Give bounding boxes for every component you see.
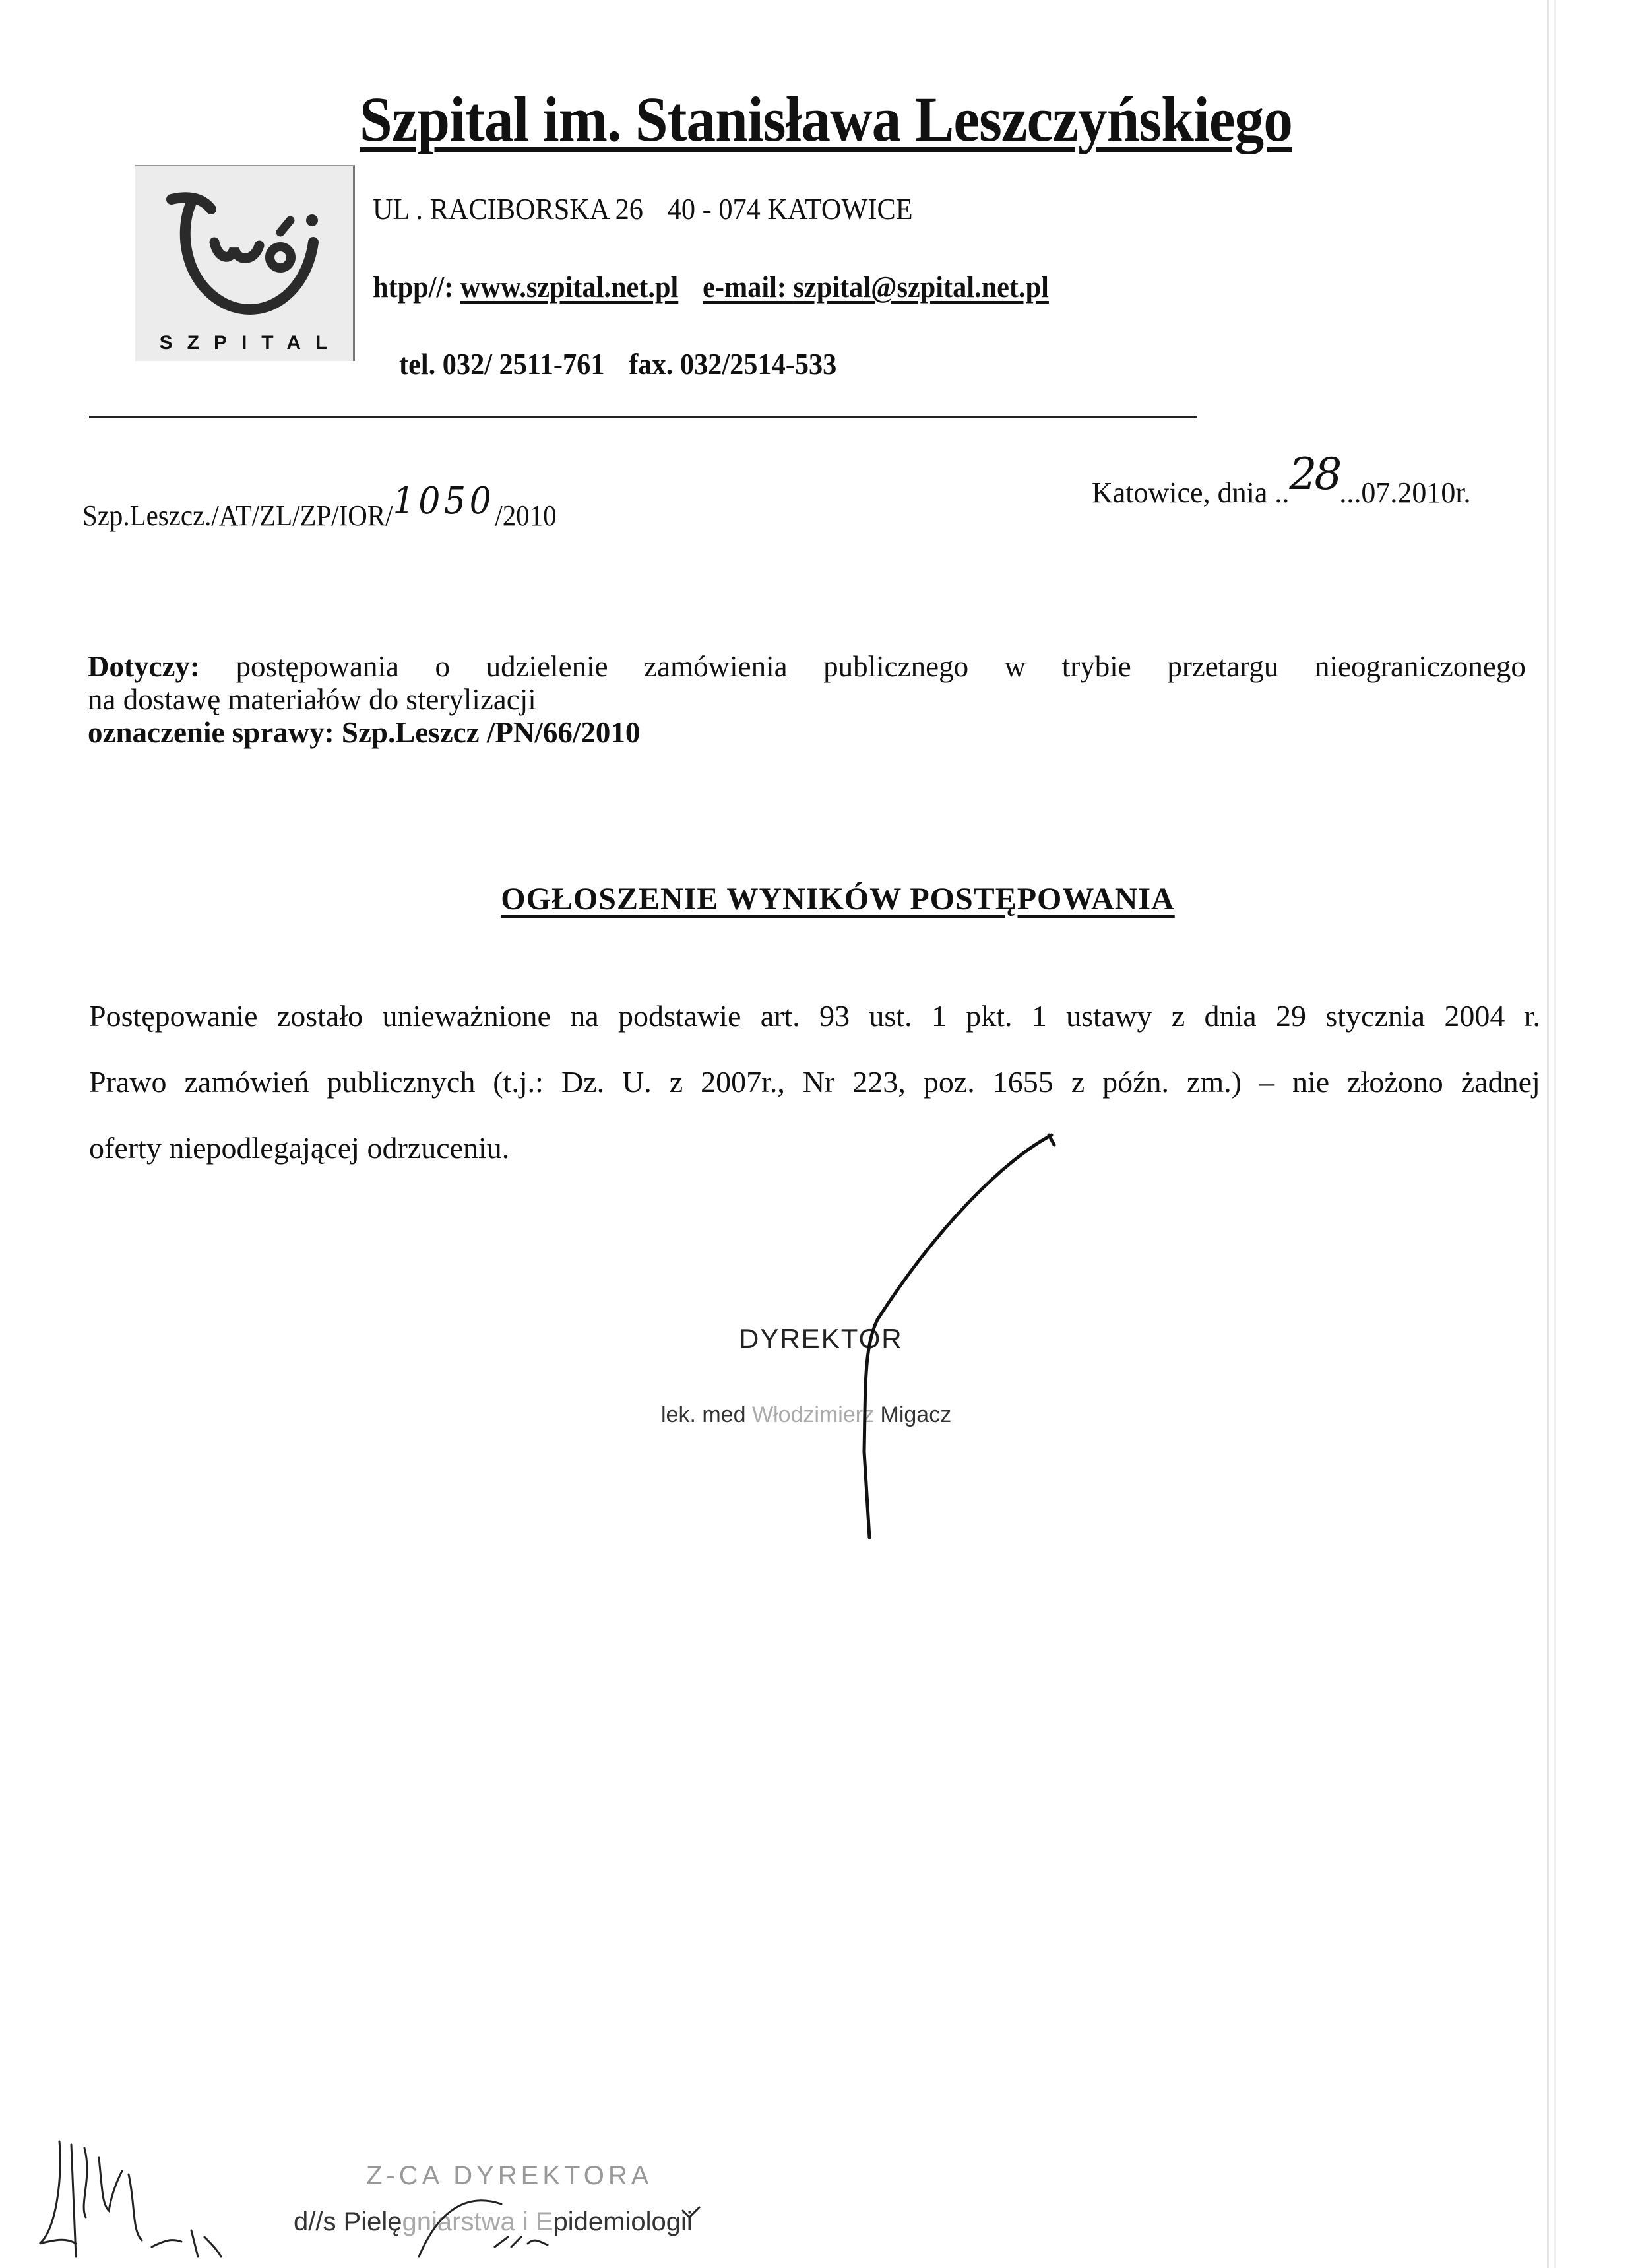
case-number: Szp.Leszcz /PN/66/2010 bbox=[342, 716, 640, 749]
body-word: ust. bbox=[869, 983, 912, 1049]
hospital-logo: SZPITAL bbox=[135, 165, 355, 361]
scan-edge-line bbox=[1554, 0, 1556, 2268]
body-word: pkt. bbox=[966, 983, 1012, 1049]
body-word: 223, bbox=[852, 1049, 906, 1115]
subject-word: o bbox=[435, 650, 451, 683]
body-word: dnia bbox=[1205, 983, 1257, 1049]
body-line-2: Prawozamówieńpublicznych (t.j.:Dz.U.z200… bbox=[89, 1049, 1540, 1115]
date-dots: ... bbox=[1339, 476, 1361, 509]
body-word: Dz. bbox=[561, 1049, 604, 1115]
letterhead-divider bbox=[89, 416, 1197, 418]
body-line-1: Postępowaniezostałounieważnionenapodstaw… bbox=[89, 983, 1540, 1049]
body-word: 2004 bbox=[1444, 983, 1505, 1049]
body-word: Prawo bbox=[89, 1049, 167, 1115]
web-label: htpp//: bbox=[373, 270, 453, 304]
hospital-name: Szpital im. Stanisława Leszczyńskiego bbox=[360, 82, 1292, 156]
body-word: 1 bbox=[931, 983, 947, 1049]
deputy-signatures-icon bbox=[40, 2141, 699, 2257]
director-stamp-name: lek. med Włodzimierz Migacz bbox=[661, 1402, 951, 1428]
deputy-sub-faded: gniarstwa i E bbox=[402, 2207, 553, 2236]
body-word: (t.j.: bbox=[493, 1049, 544, 1115]
telephone: tel. 032/ 2511-761 bbox=[399, 347, 604, 381]
body-word: żadnej bbox=[1461, 1049, 1540, 1115]
body-word: poz. bbox=[924, 1049, 975, 1115]
body-word: stycznia bbox=[1325, 983, 1425, 1049]
date-dots: .. bbox=[1274, 476, 1289, 509]
subject-word: przetargu bbox=[1167, 650, 1278, 683]
deputy-stamp-subtitle: d//s Pielęgniarstwa i Epidemiologii bbox=[294, 2207, 693, 2237]
case-designation: oznaczenie sprawy: Szp.Leszcz /PN/66/201… bbox=[88, 716, 1526, 749]
body-word: nie bbox=[1292, 1049, 1329, 1115]
body-word: późn. bbox=[1102, 1049, 1169, 1115]
subject-word: trybie bbox=[1062, 650, 1131, 683]
body-word: zm.) bbox=[1187, 1049, 1242, 1115]
subject-line-2: na dostawę materiałów do sterylizacji bbox=[88, 683, 1526, 716]
body-word: zamówień bbox=[185, 1049, 309, 1115]
subject-label: Dotyczy: bbox=[88, 650, 200, 683]
body-word: ustawy bbox=[1066, 983, 1152, 1049]
body-word: z bbox=[670, 1049, 683, 1115]
director-stamp-title: DYREKTOR bbox=[739, 1323, 903, 1355]
date-suffix: 07.2010r. bbox=[1361, 476, 1470, 509]
reference-number: Szp.Leszcz./AT/ZL/ZP/IOR/1050/2010 bbox=[82, 492, 557, 535]
web-email-line: htpp//: www.szpital.net.ple-mail: szpita… bbox=[373, 269, 1049, 304]
body-word: U. bbox=[622, 1049, 652, 1115]
subject-word: nieograniczonego bbox=[1315, 650, 1526, 683]
body-word: Nr bbox=[803, 1049, 835, 1115]
logo-wordmark: SZPITAL bbox=[135, 332, 353, 354]
subject-block: Dotyczy: postępowaniaoudzieleniezamówien… bbox=[88, 650, 1526, 749]
subject-word: udzielenie bbox=[486, 650, 608, 683]
subject-word: zamówienia bbox=[644, 650, 787, 683]
email-link[interactable]: e-mail: szpital@szpital.net.pl bbox=[703, 270, 1049, 304]
address-street: UL . RACIBORSKA 26 bbox=[373, 192, 643, 226]
document-date: Katowice, dnia ..28...07.2010r. bbox=[1092, 462, 1471, 513]
body-word: zostało bbox=[277, 983, 363, 1049]
body-word: 93 bbox=[819, 983, 850, 1049]
stamp-name-prefix: lek. med bbox=[661, 1402, 746, 1427]
phone-fax-line: tel. 032/ 2511-761fax. 032/2514-533 bbox=[399, 346, 836, 381]
body-word: 1 bbox=[1032, 983, 1047, 1049]
body-word: 2007r., bbox=[701, 1049, 785, 1115]
body-word: złożono bbox=[1347, 1049, 1443, 1115]
body-word: – bbox=[1259, 1049, 1274, 1115]
body-word: Postępowanie bbox=[89, 983, 258, 1049]
date-prefix: Katowice, dnia bbox=[1092, 476, 1267, 509]
body-word: 29 bbox=[1276, 983, 1306, 1049]
announcement-heading: OGŁOSZENIE WYNIKÓW POSTĘPOWANIA bbox=[0, 881, 1636, 917]
body-line-3: oferty niepodlegającej odrzuceniu. bbox=[89, 1115, 1540, 1181]
body-word: na bbox=[570, 983, 598, 1049]
address-city: 40 - 074 KATOWICE bbox=[668, 192, 913, 226]
reference-prefix: Szp.Leszcz./AT/ZL/ZP/IOR/ bbox=[82, 500, 393, 532]
subject-word: postępowania bbox=[236, 650, 399, 683]
email-label: e-mail: bbox=[703, 270, 786, 304]
handwritten-reference-number: 1050 bbox=[393, 480, 495, 523]
deputy-sub-prefix: d//s Pielę bbox=[294, 2207, 402, 2236]
subject-word: w bbox=[1005, 650, 1026, 683]
subject-word: publicznego bbox=[823, 650, 968, 683]
body-word: r. bbox=[1525, 983, 1540, 1049]
body-word: podstawie bbox=[618, 983, 741, 1049]
body-word: unieważnione bbox=[382, 983, 550, 1049]
address-line: UL . RACIBORSKA 2640 - 074 KATOWICE bbox=[373, 191, 913, 226]
announcement-body: Postępowaniezostałounieważnionenapodstaw… bbox=[89, 983, 1540, 1181]
stamp-name-suffix: Migacz bbox=[874, 1402, 951, 1427]
fax: fax. 032/2514-533 bbox=[629, 347, 836, 381]
reference-suffix: /2010 bbox=[495, 500, 556, 532]
body-word: 1655 bbox=[993, 1049, 1054, 1115]
deputy-stamp-title: Z-CA DYREKTORA bbox=[366, 2161, 652, 2191]
email-address: szpital@szpital.net.pl bbox=[794, 270, 1049, 304]
body-word: publicznych bbox=[327, 1049, 476, 1115]
subject-line-1: Dotyczy: postępowaniaoudzieleniezamówien… bbox=[88, 650, 1526, 683]
scan-edge-line bbox=[1547, 0, 1549, 2268]
deputy-sub-suffix: pidemiologii bbox=[553, 2207, 693, 2236]
stamp-name-faded: Włodzimierz bbox=[746, 1402, 875, 1427]
twoj-smile-logo-icon bbox=[148, 179, 340, 331]
body-word: z bbox=[1172, 983, 1185, 1049]
body-word: art. bbox=[761, 983, 800, 1049]
website-link[interactable]: www.szpital.net.pl bbox=[460, 270, 678, 304]
handwritten-day: 28 bbox=[1289, 449, 1339, 500]
case-label: oznaczenie sprawy: bbox=[88, 716, 334, 749]
body-word: z bbox=[1071, 1049, 1085, 1115]
